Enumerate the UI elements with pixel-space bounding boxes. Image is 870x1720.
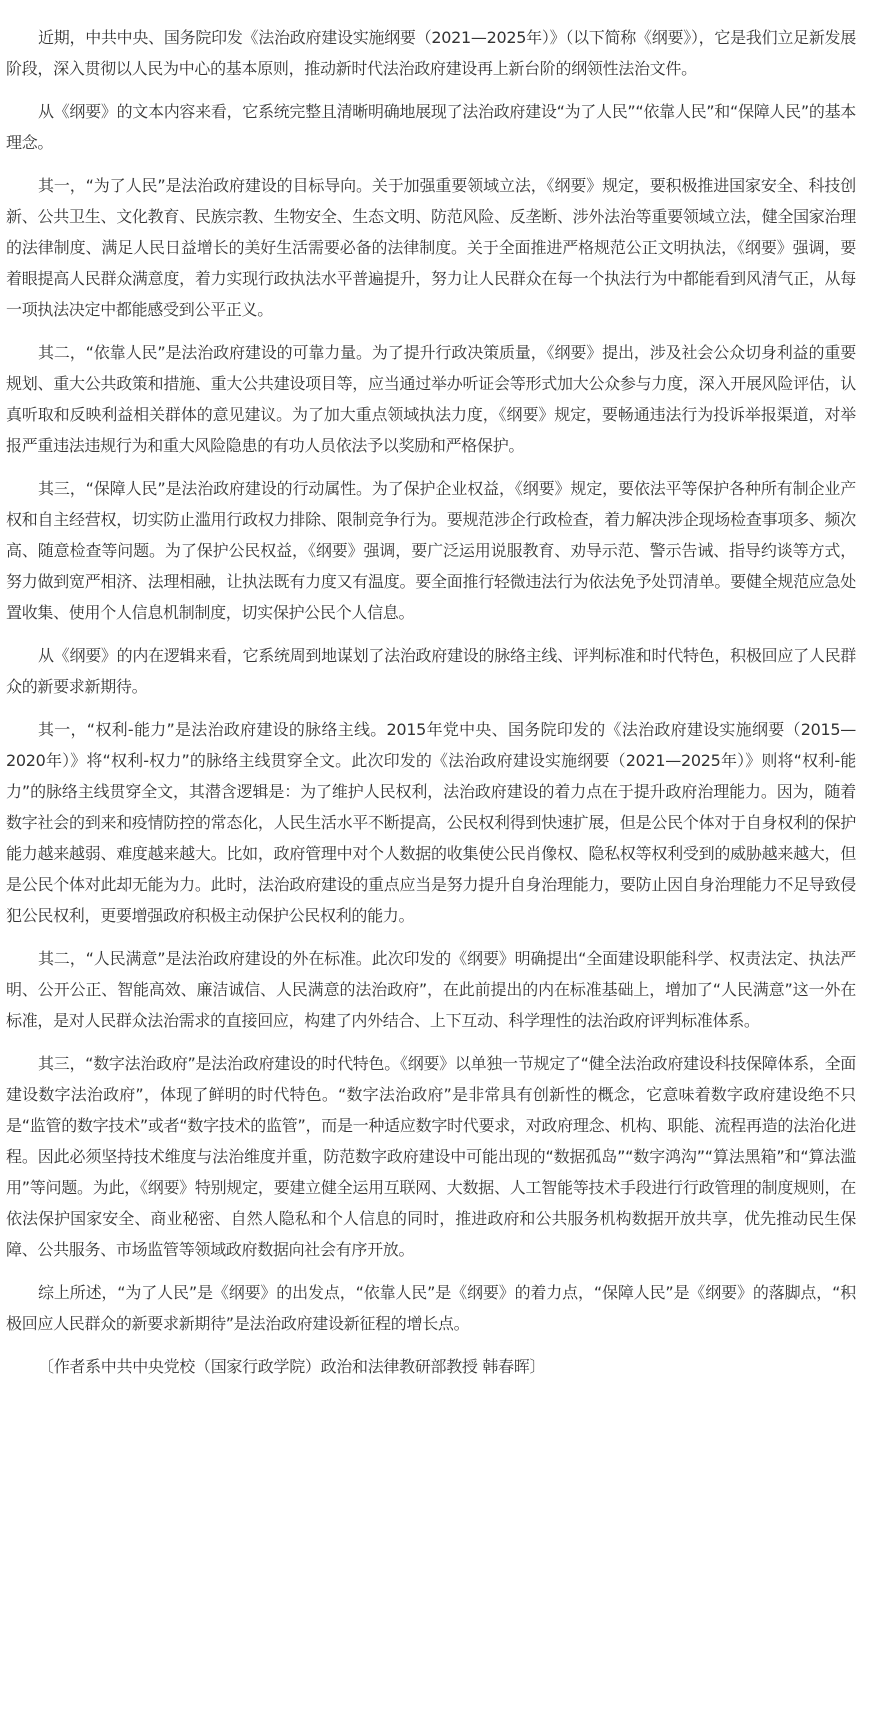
paragraph-people-satisfaction: 其二，“人民满意”是法治政府建设的外在标准。此次印发的《纲要》明确提出“全面建设…: [6, 943, 856, 1036]
paragraph-text-content-view: 从《纲要》的文本内容来看，它系统完整且清晰明确地展现了法治政府建设“为了人民”“…: [6, 96, 856, 158]
author-note: 〔作者系中共中央党校（国家行政学院）政治和法律教研部教授 韩春晖〕: [6, 1351, 856, 1382]
article-body: 近期，中共中央、国务院印发《法治政府建设实施纲要（2021—2025年）》（以下…: [0, 0, 870, 1382]
paragraph-rely-on-people: 其二，“依靠人民”是法治政府建设的可靠力量。为了提升行政决策质量，《纲要》提出，…: [6, 337, 856, 461]
paragraph-for-the-people: 其一，“为了人民”是法治政府建设的目标导向。关于加强重要领域立法，《纲要》规定，…: [6, 170, 856, 325]
paragraph-rights-capacity: 其一，“权利-能力”是法治政府建设的脉络主线。2015年党中央、国务院印发的《法…: [6, 714, 856, 931]
paragraph-digital-government: 其三，“数字法治政府”是法治政府建设的时代特色。《纲要》以单独一节规定了“健全法…: [6, 1048, 856, 1265]
paragraph-conclusion: 综上所述，“为了人民”是《纲要》的出发点，“依靠人民”是《纲要》的着力点，“保障…: [6, 1277, 856, 1339]
paragraph-internal-logic: 从《纲要》的内在逻辑来看，它系统周到地谋划了法治政府建设的脉络主线、评判标准和时…: [6, 640, 856, 702]
paragraph-intro: 近期，中共中央、国务院印发《法治政府建设实施纲要（2021—2025年）》（以下…: [6, 22, 856, 84]
paragraph-protect-people: 其三，“保障人民”是法治政府建设的行动属性。为了保护企业权益，《纲要》规定，要依…: [6, 473, 856, 628]
